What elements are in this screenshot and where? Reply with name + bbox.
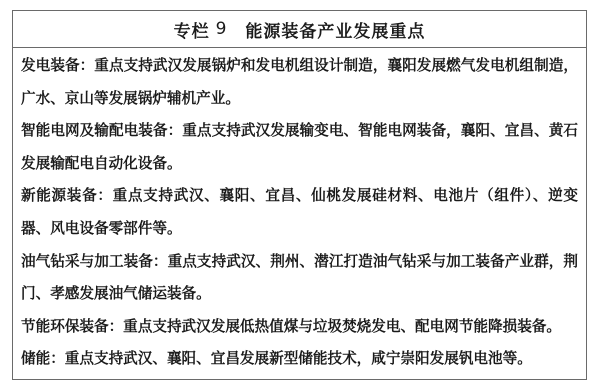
box-number: 9 <box>216 19 228 39</box>
paragraph-smart-grid: 智能电网及输配电装备：重点支持武汉发展输变电、智能电网装备，襄阳、宜昌、黄石发展… <box>21 115 578 180</box>
paragraph-label: 节能环保装备： <box>21 318 123 335</box>
paragraph-label: 储能： <box>21 350 65 367</box>
feature-box: 专栏 9 能源装备产业发展重点 发电装备：重点支持武汉发展锅炉和发电机组设计制造… <box>12 10 587 380</box>
paragraph-new-energy: 新能源装备：重点支持武汉、襄阳、宜昌、仙桃发展硅材料、电池片（组件）、逆变器、风… <box>21 180 578 245</box>
paragraph-label: 智能电网及输配电装备： <box>21 122 182 139</box>
box-header: 专栏 9 能源装备产业发展重点 <box>13 11 586 48</box>
paragraph-label: 油气钻采与加工装备： <box>21 253 168 270</box>
paragraph-text: 重点支持武汉、襄阳、宜昌发展新型储能技术，咸宁崇阳发展钒电池等。 <box>65 350 532 367</box>
paragraph-text: 重点支持武汉发展低热值煤与垃圾焚烧发电、配电网节能降损装备。 <box>123 318 561 335</box>
paragraph-label: 新能源装备： <box>21 187 113 204</box>
box-title: 能源装备产业发展重点 <box>245 17 425 42</box>
box-prefix: 专栏 <box>174 17 210 42</box>
paragraph-text: 重点支持武汉发展锅炉和发电机组设计制造，襄阳发展燃气发电机组制造，广水、京山等发… <box>21 57 578 107</box>
paragraph-oil-gas: 油气钻采与加工装备：重点支持武汉、荆州、潜江打造油气钻采与加工装备产业群，荆门、… <box>21 246 578 311</box>
paragraph-energy-saving: 节能环保装备：重点支持武汉发展低热值煤与垃圾焚烧发电、配电网节能降损装备。 <box>21 311 578 344</box>
paragraph-power-generation: 发电装备：重点支持武汉发展锅炉和发电机组设计制造，襄阳发展燃气发电机组制造，广水… <box>21 50 578 115</box>
paragraph-label: 发电装备： <box>21 57 94 74</box>
box-body: 发电装备：重点支持武汉发展锅炉和发电机组设计制造，襄阳发展燃气发电机组制造，广水… <box>13 48 586 376</box>
paragraph-energy-storage: 储能：重点支持武汉、襄阳、宜昌发展新型储能技术，咸宁崇阳发展钒电池等。 <box>21 343 578 376</box>
